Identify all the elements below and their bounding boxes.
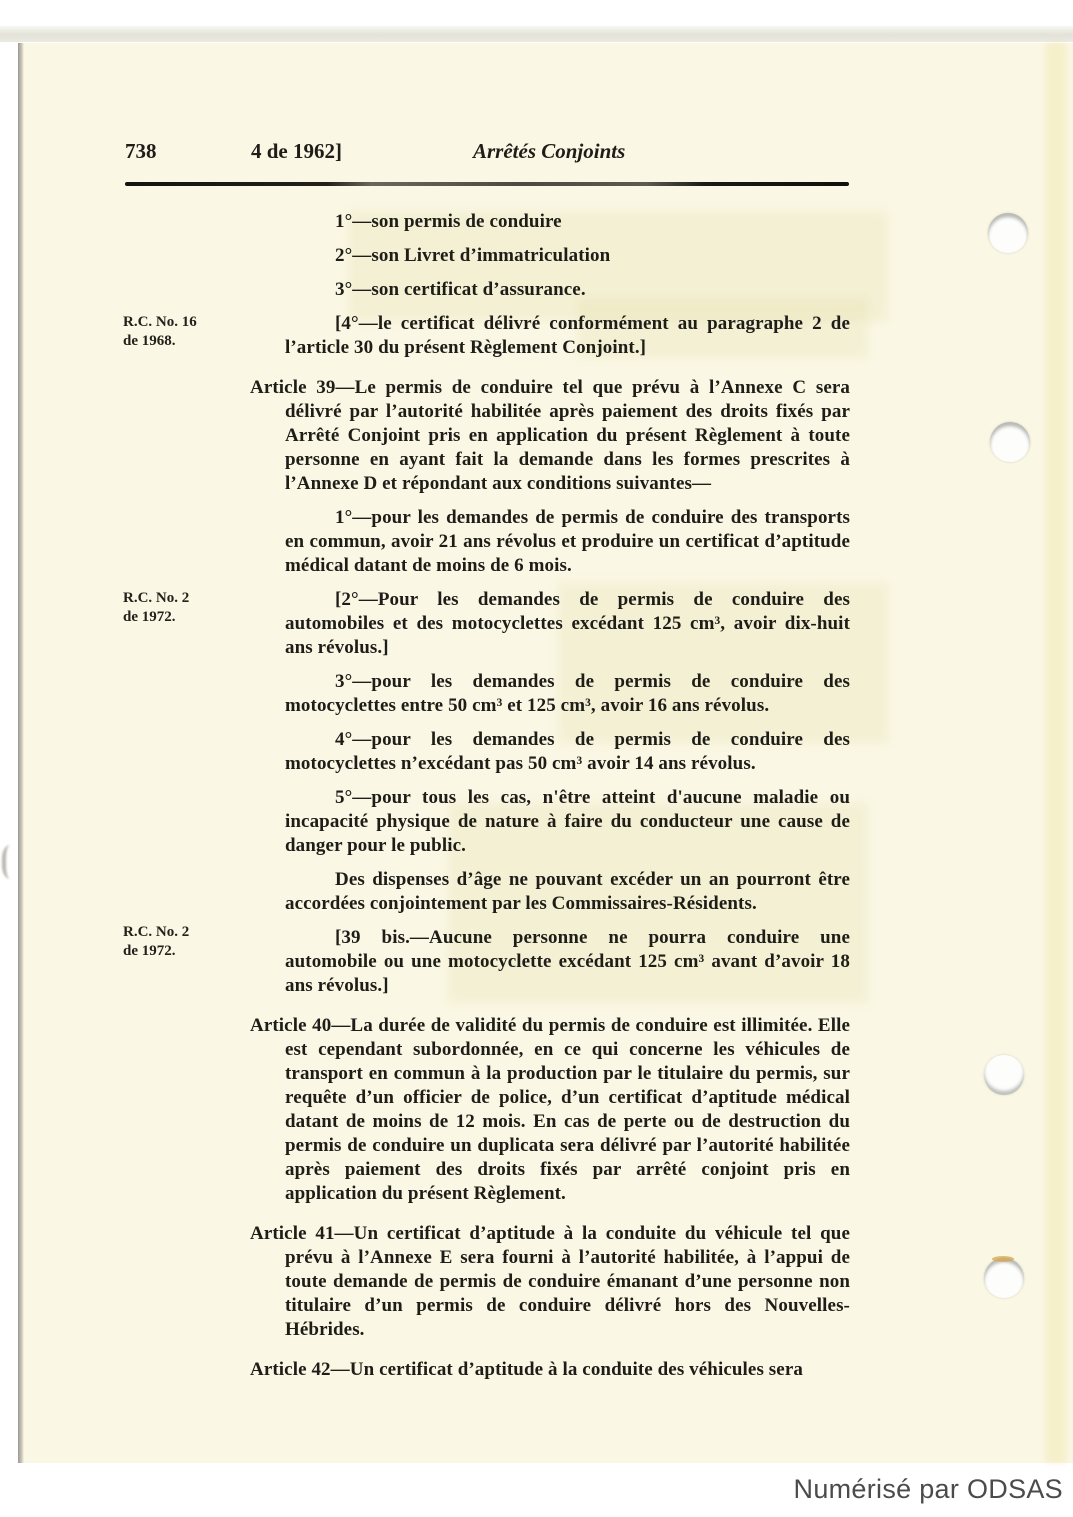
scan-edge-artifact [2, 845, 18, 879]
margin-note-ref: R.C. No. 2 [123, 923, 243, 942]
list-item-3: 3°—son certificat d’assurance. [250, 278, 850, 302]
page-right-edge-curl [1046, 43, 1066, 1463]
margin-note-rc2-1972: R.C. No. 2 de 1972. [123, 923, 243, 961]
article-39bis: [39 bis.—Aucune personne ne pourra condu… [250, 926, 850, 998]
body-text-column: 1°—son permis de conduire 2°—son Livret … [250, 210, 850, 1392]
document-page: 738 4 de 1962] Arrêtés Conjoints R.C. No… [18, 43, 1073, 1463]
punch-hole [984, 1055, 1024, 1095]
punch-hole [984, 1258, 1024, 1298]
margin-note-rc2-1972: R.C. No. 2 de 1972. [123, 589, 243, 627]
scanner-edge-band [0, 26, 1073, 42]
article-40: Article 40—La durée de validité du permi… [250, 1014, 850, 1206]
margin-note-year: de 1968. [123, 332, 243, 351]
article-39: Article 39—Le permis de conduire tel que… [250, 376, 850, 496]
list-item-2: 2°—son Livret d’immatriculation [250, 244, 850, 268]
article-39-item-4: 4°—pour les demandes de permis de condui… [250, 728, 850, 776]
punch-hole [988, 213, 1028, 253]
list-item-1: 1°—son permis de conduire [250, 210, 850, 234]
running-title: Arrêtés Conjoints [473, 139, 625, 164]
article-39-item-5: 5°—pour tous les cas, n'être atteint d'a… [250, 786, 850, 858]
article-41: Article 41—Un certificat d’aptitude à la… [250, 1222, 850, 1342]
article-39-item-3: 3°—pour les demandes de permis de condui… [250, 670, 850, 718]
scan-credit: Numérisé par ODSAS [794, 1474, 1063, 1505]
article-39-item-2-amendment: [2°—Pour les demandes de permis de condu… [250, 588, 850, 660]
dispenses-paragraph: Des dispenses d’âge ne pouvant excéder u… [250, 868, 850, 916]
amendment-item-4: [4°—le certificat délivré conformément a… [250, 312, 850, 360]
article-39-item-1: 1°—pour les demandes de permis de condui… [250, 506, 850, 578]
margin-note-ref: R.C. No. 16 [123, 313, 243, 332]
page-number: 738 [125, 139, 157, 164]
margin-note-year: de 1972. [123, 942, 243, 961]
edition-reference: 4 de 1962] [251, 139, 342, 164]
scanned-document: { "header": { "page_number": "738", "edi… [0, 0, 1073, 1517]
margin-note-ref: R.C. No. 2 [123, 589, 243, 608]
margin-note-rc16-1968: R.C. No. 16 de 1968. [123, 313, 243, 351]
article-42: Article 42—Un certificat d’aptitude à la… [250, 1358, 850, 1382]
page-left-edge-shadow [18, 43, 24, 1463]
punch-hole [990, 422, 1030, 462]
header-rule [125, 182, 849, 186]
margin-note-year: de 1972. [123, 608, 243, 627]
